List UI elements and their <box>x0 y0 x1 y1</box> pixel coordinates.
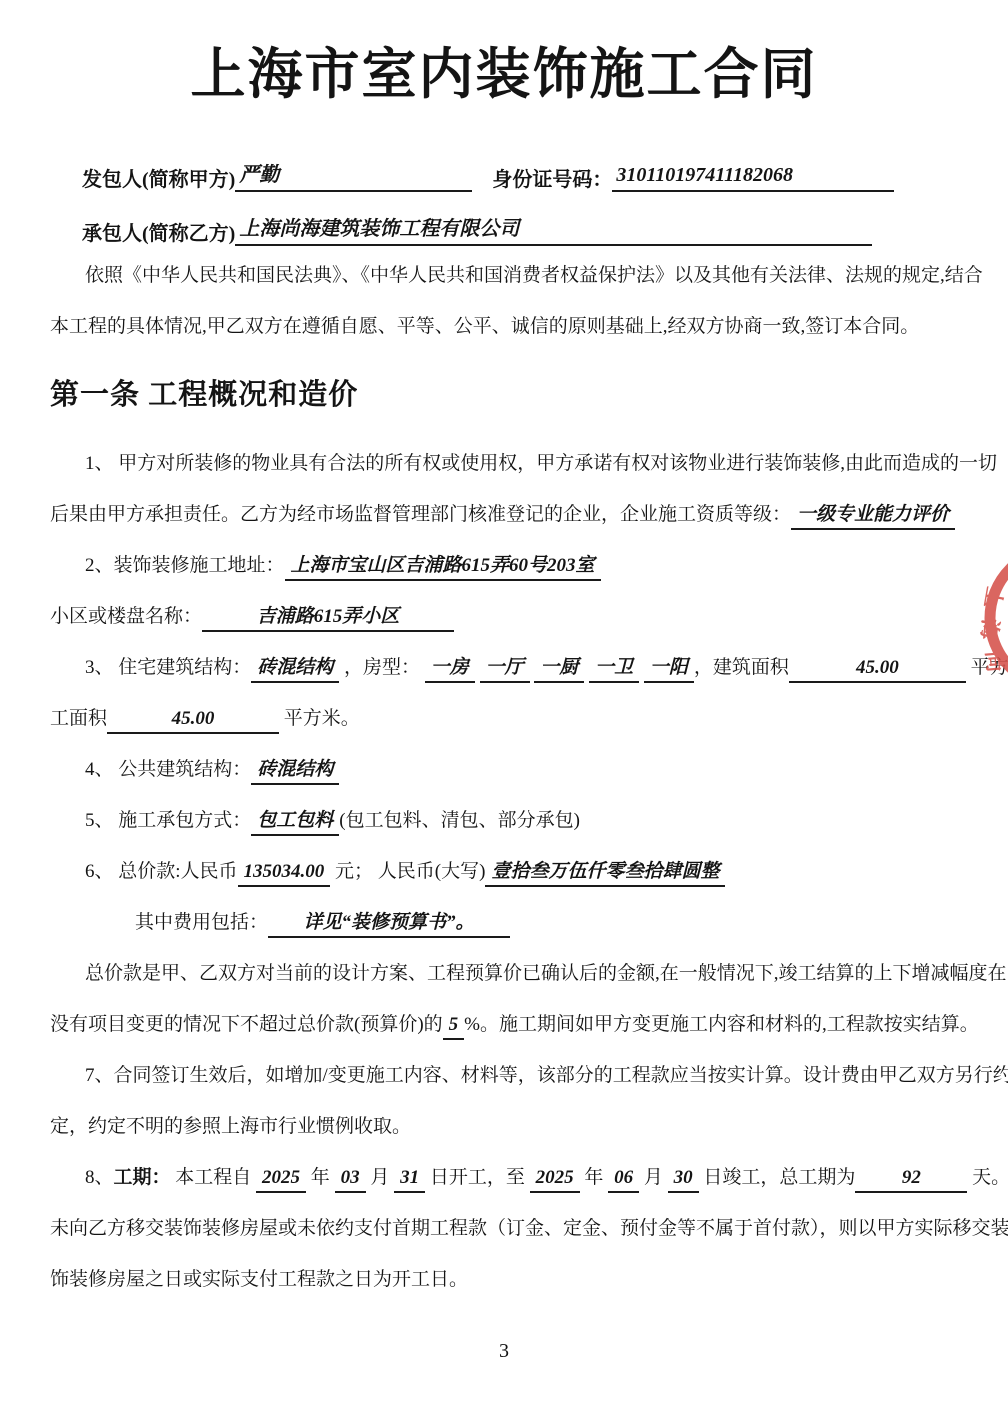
contract-line: 1、 甲方对所装修的物业具有合法的所有权或使用权，甲方承诺有权对该物业进行装饰装… <box>50 438 962 489</box>
party-b-label: 承包人(简称乙方) <box>82 217 235 246</box>
text-segment: 后果由甲方承担责任。乙方为经市场监督管理部门核准登记的企业，企业施工资质等级： <box>50 504 791 525</box>
filled-field: 包工包料 <box>251 810 339 836</box>
filled-field: 5 <box>443 1014 465 1040</box>
text-segment: 3、 住宅建筑结构： <box>85 657 251 678</box>
contract-body: 1、 甲方对所装修的物业具有合法的所有权或使用权，甲方承诺有权对该物业进行装饰装… <box>50 438 962 1305</box>
contract-line: 小区或楼盘名称：吉浦路615弄小区 <box>50 591 962 642</box>
contract-page: 上海市室内装饰施工合同 发包人(简称甲方) 严勤 身份证号码： 31011019… <box>0 0 1008 1428</box>
text-segment: 4、 公共建筑结构： <box>85 759 251 780</box>
text-segment: 日竣工，总工期为 <box>699 1167 856 1188</box>
filled-field: 一级专业能力评价 <box>791 504 955 530</box>
id-number-label: 身份证号码： <box>492 163 612 192</box>
text-segment: 月 <box>639 1167 668 1188</box>
text-segment: 本工程自 <box>171 1167 257 1188</box>
party-b-row: 承包人(简称乙方) 上海尚海建筑装饰工程有限公司 <box>82 212 872 246</box>
text-segment: 8、 <box>85 1167 114 1188</box>
text-segment: 本工程的具体情况,甲乙双方在遵循自愿、平等、公平、诚信的原则基础上,经双方协商一… <box>50 316 919 337</box>
filled-field: 03 <box>335 1167 366 1193</box>
filled-field: 2025 <box>256 1167 306 1193</box>
filled-field: 一厨 <box>534 657 584 683</box>
filled-field: 45.00 <box>107 708 279 734</box>
seal-char-3: 尚 <box>982 650 1008 673</box>
text-segment: 工期： <box>114 1167 171 1188</box>
contract-line: 未向乙方移交装饰装修房屋或未依约支付首期工程款（订金、定金、预付金等不属于首付款… <box>50 1203 962 1254</box>
preamble-paragraph: 依照《中华人民共和国民法典》、《中华人民共和国消费者权益保护法》以及其他有关法律… <box>50 250 962 352</box>
text-segment: 6、 总价款:人民币 <box>85 861 238 882</box>
party-a-row: 发包人(简称甲方) 严勤 身份证号码： 310110197411182068 <box>82 158 894 192</box>
text-segment: 总价款是甲、乙双方对当前的设计方案、工程预算价已确认后的金额,在一般情况下,竣工… <box>85 963 1007 984</box>
text-segment: 小区或楼盘名称： <box>50 606 202 627</box>
contract-line: 6、 总价款:人民币135034.00 元； 人民币(大写)壹拾叁万伍仟零叁拾肆… <box>50 846 962 897</box>
contract-line: 总价款是甲、乙双方对当前的设计方案、工程预算价已确认后的金额,在一般情况下,竣工… <box>50 948 962 999</box>
contract-title: 上海市室内装饰施工合同 <box>0 30 1008 109</box>
text-segment: 年 <box>306 1167 335 1188</box>
text-segment: 元； 人民币(大写) <box>330 861 485 882</box>
seal-char-1: 上 <box>980 585 1007 610</box>
filled-field: 一房 <box>425 657 475 683</box>
text-segment: 平方米。 <box>279 708 360 729</box>
filled-field: 壹拾叁万伍仟零叁拾肆圆整 <box>485 861 725 887</box>
filled-field: 砖混结构 <box>251 759 339 785</box>
contract-line: 其中费用包括：详见“装修预算书”。 <box>50 897 962 948</box>
contract-line: 工面积45.00 平方米。 <box>50 693 962 744</box>
contract-line: 2、装饰装修施工地址：上海市宝山区吉浦路615弄60号203室 <box>50 540 962 591</box>
text-segment: 年 <box>580 1167 609 1188</box>
text-segment: 2、装饰装修施工地址： <box>85 555 285 576</box>
filled-field: 一卫 <box>589 657 639 683</box>
party-a-value-field: 严勤 <box>235 158 472 192</box>
contract-line: 7、合同签订生效后，如增加/变更施工内容、材料等，该部分的工程款应当按实计算。设… <box>50 1050 962 1101</box>
text-segment: 没有项目变更的情况下不超过总价款(预算价)的 <box>50 1014 443 1035</box>
filled-field: 砖混结构 <box>251 657 339 683</box>
text-segment: 饰装修房屋之日或实际支付工程款之日为开工日。 <box>50 1269 468 1290</box>
text-segment: 定，约定不明的参照上海市行业惯例收取。 <box>50 1116 411 1137</box>
id-number-value-field: 310110197411182068 <box>612 164 894 192</box>
party-a-label: 发包人(简称甲方) <box>82 163 235 192</box>
contract-line: 依照《中华人民共和国民法典》、《中华人民共和国消费者权益保护法》以及其他有关法律… <box>50 250 962 301</box>
filled-field: 06 <box>608 1167 639 1193</box>
contract-line: 3、 住宅建筑结构：砖混结构 ，房型： 一房 一厅 一厨 一卫 一阳，建筑面积4… <box>50 642 962 693</box>
filled-field: 30 <box>668 1167 699 1193</box>
text-segment: 其中费用包括： <box>135 912 268 933</box>
filled-field: 详见“装修预算书”。 <box>268 912 510 938</box>
filled-field: 2025 <box>530 1167 580 1193</box>
text-segment: ，房型： <box>339 657 425 678</box>
contract-line: 饰装修房屋之日或实际支付工程款之日为开工日。 <box>50 1254 962 1305</box>
filled-field: 45.00 <box>789 657 966 683</box>
filled-field: 上海市宝山区吉浦路615弄60号203室 <box>285 555 601 581</box>
text-segment: 月 <box>366 1167 395 1188</box>
filled-field: 吉浦路615弄小区 <box>202 606 454 632</box>
contract-line: 后果由甲方承担责任。乙方为经市场监督管理部门核准登记的企业，企业施工资质等级：一… <box>50 489 962 540</box>
contract-line: 5、 施工承包方式：包工包料(包工包料、清包、部分承包) <box>50 795 962 846</box>
text-segment: 依照《中华人民共和国民法典》、《中华人民共和国消费者权益保护法》以及其他有关法律… <box>85 265 983 286</box>
text-segment: 未向乙方移交装饰装修房屋或未依约支付首期工程款（订金、定金、预付金等不属于首付款… <box>50 1218 1008 1239</box>
party-b-value-field: 上海尚海建筑装饰工程有限公司 <box>235 212 872 246</box>
filled-field: 一阳 <box>644 657 694 683</box>
filled-field: 一厅 <box>480 657 530 683</box>
contract-line: 8、工期： 本工程自 2025 年 03 月 31 日开工，至 2025 年 0… <box>50 1152 962 1203</box>
text-segment: 工面积 <box>50 708 107 729</box>
contract-line: 没有项目变更的情况下不超过总价款(预算价)的5%。施工期间如甲方变更施工内容和材… <box>50 999 962 1050</box>
contract-line: 4、 公共建筑结构：砖混结构 <box>50 744 962 795</box>
filled-field: 135034.00 <box>238 861 331 887</box>
text-segment: 日开工，至 <box>425 1167 530 1188</box>
page-number: 3 <box>0 1340 1008 1363</box>
text-segment: ，建筑面积 <box>694 657 789 678</box>
filled-field: 31 <box>394 1167 425 1193</box>
section-heading: 第一条 工程概况和造价 <box>50 372 358 413</box>
company-seal-icon: 上 海 尚 <box>980 538 1008 708</box>
text-segment: 天。如甲方 <box>967 1167 1008 1188</box>
filled-field: 92 <box>855 1167 967 1193</box>
seal-char-2: 海 <box>980 618 1002 642</box>
text-segment: (包工包料、清包、部分承包) <box>339 810 580 831</box>
text-segment: 5、 施工承包方式： <box>85 810 251 831</box>
contract-line: 本工程的具体情况,甲乙双方在遵循自愿、平等、公平、诚信的原则基础上,经双方协商一… <box>50 301 962 352</box>
contract-line: 定，约定不明的参照上海市行业惯例收取。 <box>50 1101 962 1152</box>
text-segment: 1、 甲方对所装修的物业具有合法的所有权或使用权，甲方承诺有权对该物业进行装饰装… <box>85 453 997 474</box>
text-segment: 7、合同签订生效后，如增加/变更施工内容、材料等，该部分的工程款应当按实计算。设… <box>85 1065 1008 1086</box>
text-segment: %。施工期间如甲方变更施工内容和材料的,工程款按实结算。 <box>464 1014 979 1035</box>
